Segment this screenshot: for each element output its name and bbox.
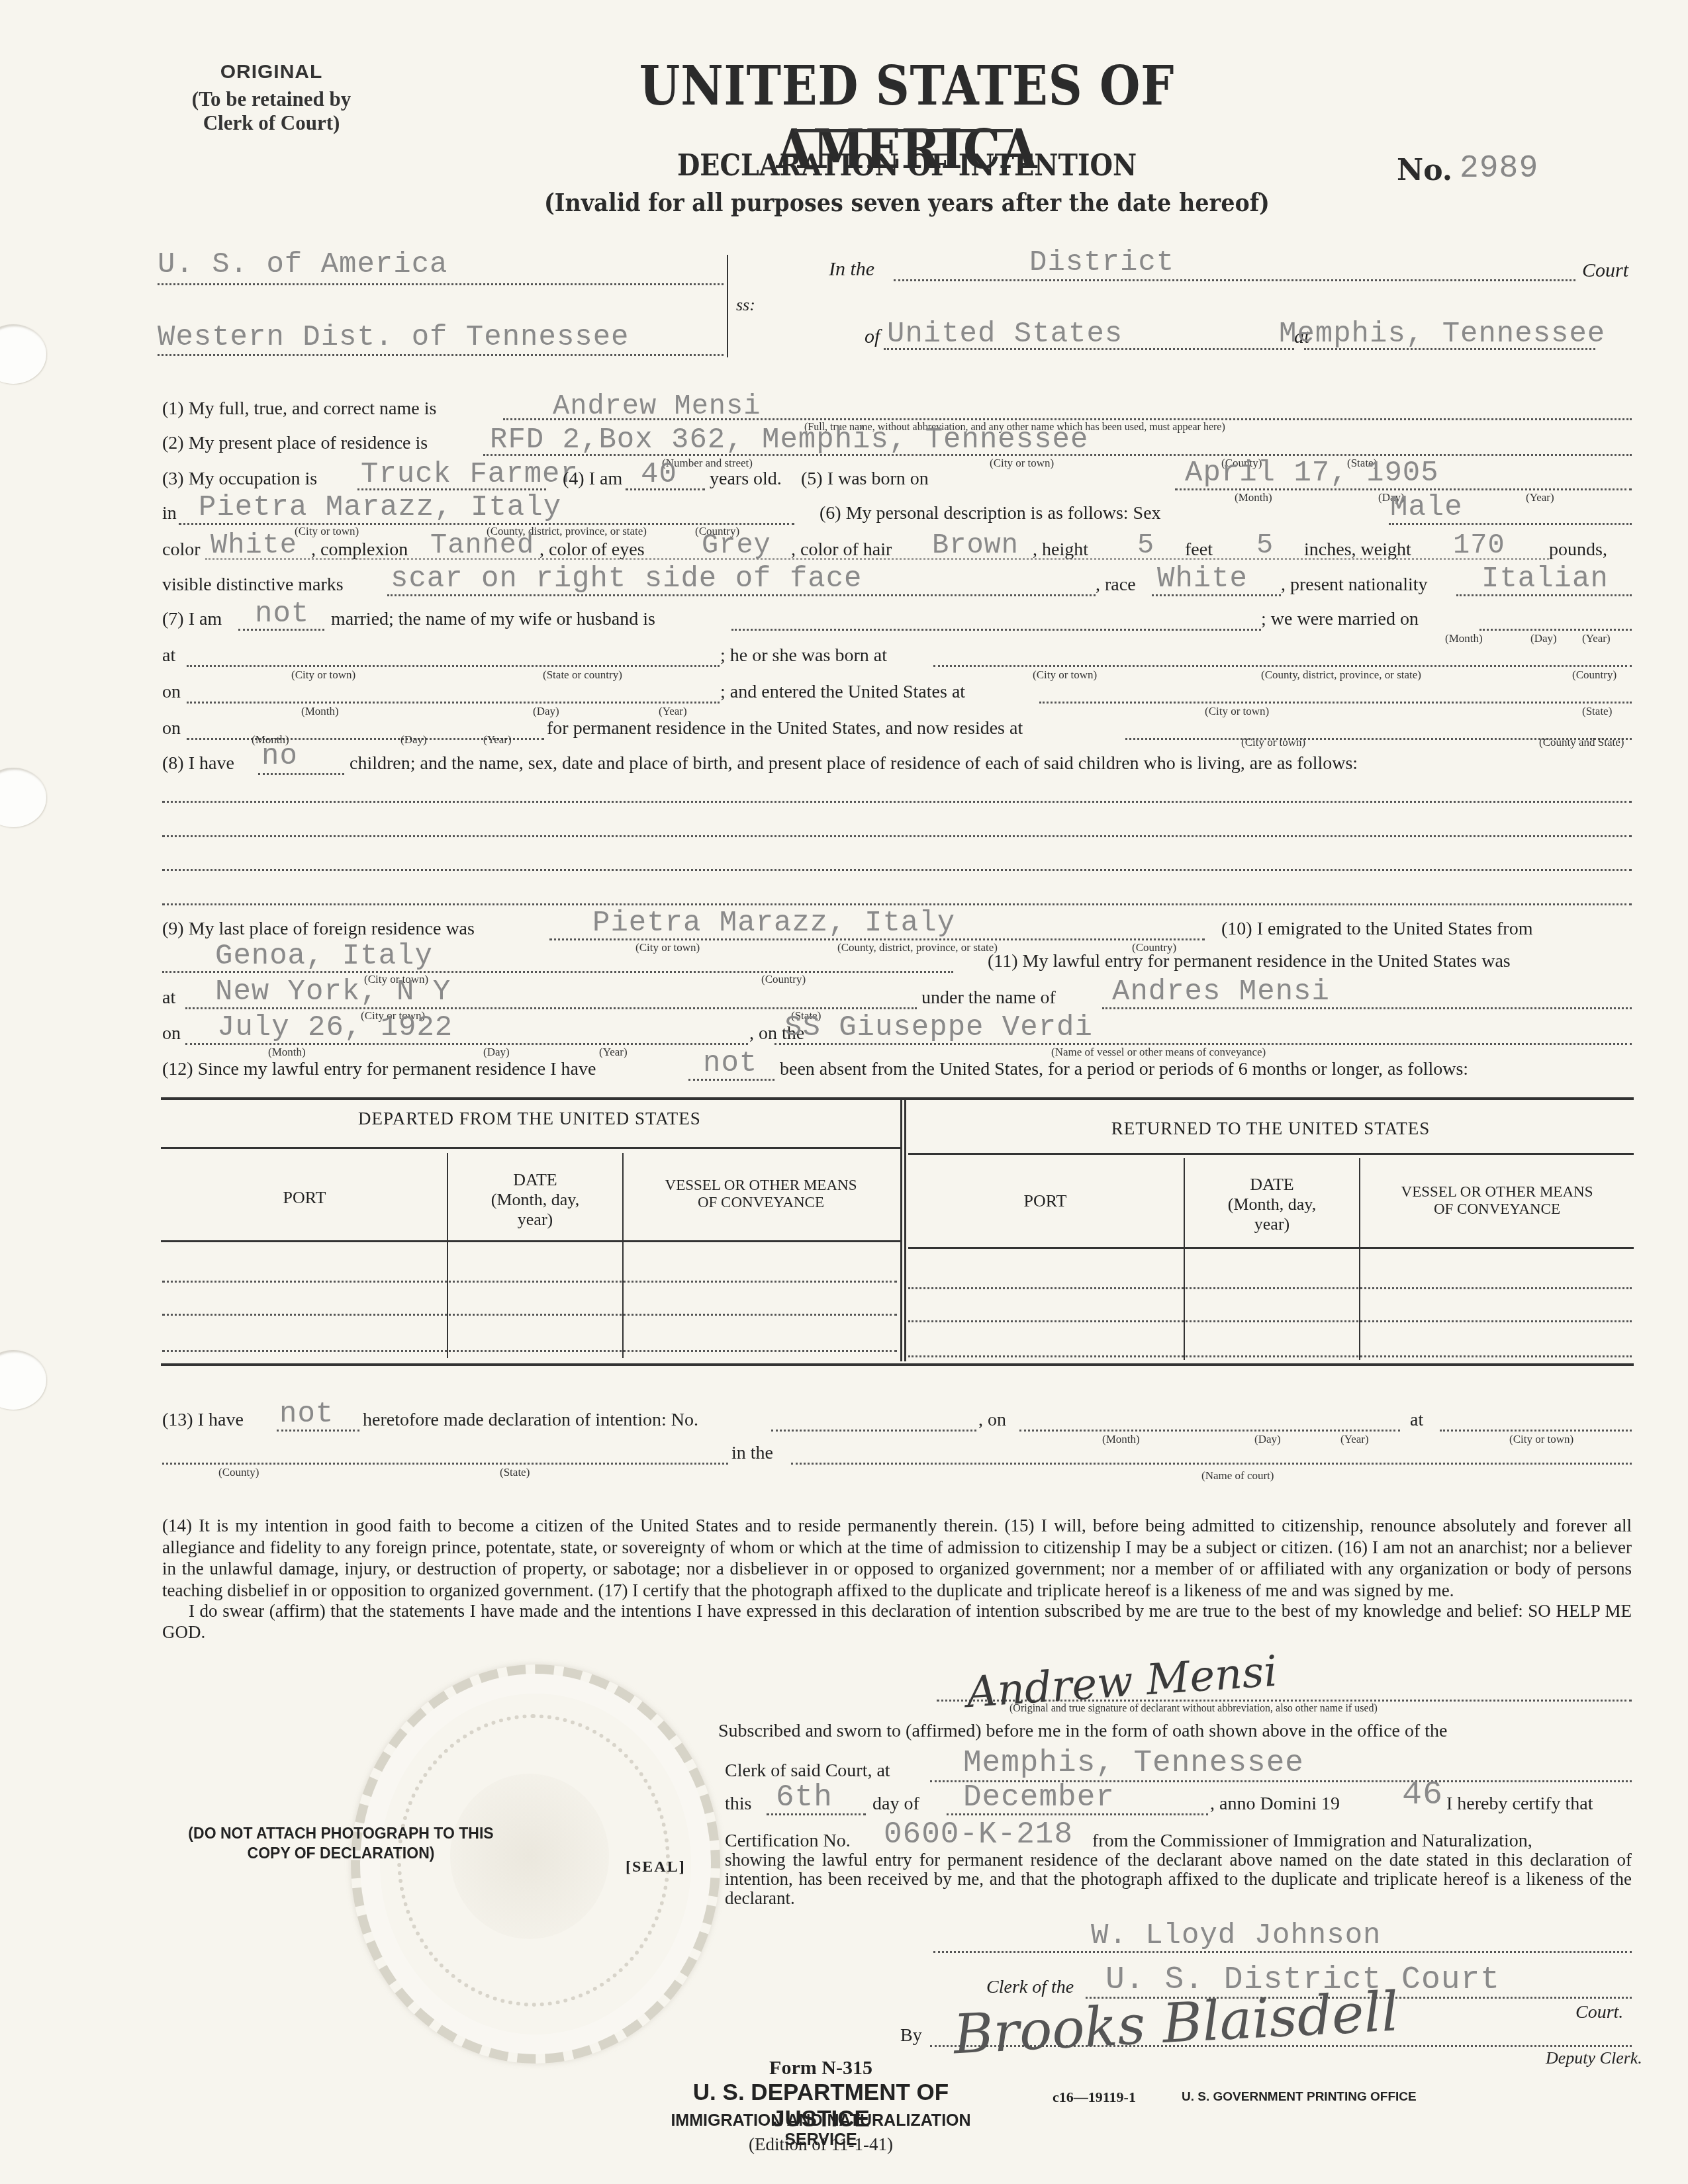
table-center-divider — [900, 1100, 902, 1361]
married-date-line — [1479, 629, 1632, 631]
caption-day: (Day) — [1530, 632, 1557, 645]
validity-note: (Invalid for all purposes seven years af… — [487, 187, 1326, 217]
col-header-rule — [908, 1247, 1634, 1249]
photo-note: (DO NOT ATTACH PHOTOGRAPH TO THIS COPY O… — [169, 1823, 513, 1863]
q13-at-label: at — [1410, 1410, 1423, 1431]
oath-swear: I do swear (affirm) that the statements … — [162, 1600, 1632, 1643]
binder-hole — [0, 1350, 46, 1410]
court-location: Memphis, Tennessee — [1279, 318, 1605, 351]
caption-day: (Day) — [533, 705, 559, 718]
edition: (Edition of 11-1-41) — [662, 2134, 980, 2155]
vessel-value: SS Giuseppe Verdi — [784, 1011, 1093, 1044]
marriage-place-line — [187, 665, 720, 667]
table-row — [908, 1355, 1632, 1357]
q7-at-label: at — [162, 645, 175, 666]
col-vessel-departed: VESSEL OR OTHER MEANS OF CONVEYANCE — [624, 1177, 898, 1212]
declaration-number: 2989 — [1460, 151, 1538, 187]
returned-header-rule — [908, 1153, 1634, 1155]
court-label: Court. — [1575, 2002, 1623, 2023]
caption-state: (State) — [500, 1466, 530, 1479]
court-of: United States — [887, 318, 1123, 351]
col-label: VESSEL OR OTHER MEANS — [1360, 1183, 1634, 1201]
race-value: White — [1157, 563, 1248, 596]
q7-on-label: on — [162, 682, 181, 703]
photo-note-line: (DO NOT ATTACH PHOTOGRAPH TO THIS — [169, 1823, 513, 1843]
day-value: 6th — [776, 1780, 833, 1815]
entry-name-value: Andres Mensi — [1112, 976, 1330, 1009]
caption-city: (City or town) — [635, 941, 700, 954]
col-label: (Month, day, — [1185, 1195, 1359, 1214]
q2-label: (2) My present place of residence is — [162, 433, 428, 454]
cert-text-1: from the Commissioner of Immigration and… — [1092, 1831, 1532, 1852]
caption-province: (County, district, province, or state) — [1261, 668, 1421, 682]
prior-date-line — [1019, 1430, 1400, 1432]
caption-city: (City or town) — [1241, 736, 1305, 749]
q13-on-label: , on — [978, 1410, 1006, 1431]
q7-label: (7) I am — [162, 609, 222, 630]
col-vessel-returned: VESSEL OR OTHER MEANS OF CONVEYANCE — [1360, 1183, 1634, 1218]
prior-county-state-line — [162, 1463, 728, 1465]
by-label: By — [900, 2025, 922, 2046]
eyes-value: Grey — [702, 529, 771, 561]
q11-at-label: at — [162, 987, 175, 1009]
col-date-returned: DATE (Month, day, year) — [1185, 1175, 1359, 1234]
hair-value: Brown — [932, 529, 1019, 561]
venue-district-line — [158, 354, 724, 356]
q3-label: (3) My occupation is — [162, 469, 317, 490]
clerk-at-value: Memphis, Tennessee — [963, 1746, 1304, 1780]
q13-text: heretofore made declaration of intention… — [363, 1410, 698, 1431]
seal-label: [SEAL] — [626, 1858, 686, 1876]
caption-month: (Month) — [1102, 1433, 1140, 1446]
caption-month: (Month) — [1235, 491, 1272, 504]
day-of-label: day of — [872, 1794, 919, 1815]
certify-label: I hereby certify that — [1446, 1794, 1593, 1815]
spouse-birthplace-line — [933, 665, 1632, 667]
table-row — [162, 1281, 897, 1283]
color-label: color — [162, 539, 201, 561]
col-label: PORT — [1024, 1191, 1067, 1210]
table-row — [162, 1314, 897, 1316]
q7-on2-label: on — [162, 718, 181, 739]
married-on-label: ; we were married on — [1261, 609, 1419, 630]
caption-city: (City or town) — [1509, 1433, 1573, 1446]
col-label: year) — [1185, 1214, 1359, 1234]
caption-year: (Year) — [483, 733, 512, 747]
col-label: PORT — [283, 1188, 326, 1207]
prior-court-line — [791, 1463, 1632, 1465]
col-label: DATE — [1185, 1175, 1359, 1195]
years-old-label: years old. — [710, 469, 782, 490]
prior-number-line — [771, 1430, 976, 1432]
declarant-signature-caption: (Original and true signature of declaran… — [1009, 1703, 1378, 1715]
color-value: White — [211, 529, 297, 561]
cert-label: Certification No. — [725, 1831, 851, 1852]
q11-label: (11) My lawful entry for permanent resid… — [988, 951, 1511, 972]
caption-day: (Day) — [483, 1046, 510, 1059]
caption-county-state: (County and State) — [1539, 736, 1624, 749]
court-type: District — [1029, 246, 1174, 279]
occupation-value: Truck Farmer — [361, 458, 579, 491]
table-bottom-border — [161, 1363, 1634, 1366]
children-row-line — [162, 801, 1632, 803]
age-value: 40 — [641, 458, 677, 491]
q13-in-the-label: in the — [731, 1443, 773, 1464]
caption-day: (Day) — [1254, 1433, 1281, 1446]
table-top-border — [161, 1097, 1634, 1100]
pounds-label: pounds, — [1549, 539, 1607, 561]
port-of-entry-value: New York, N Y — [215, 976, 451, 1009]
in-the-label: In the — [829, 258, 874, 281]
binder-hole — [0, 324, 46, 384]
retained-note-line: Clerk of Court) — [159, 111, 384, 135]
original-label: ORIGINAL — [199, 61, 344, 83]
absence-status-value: not — [703, 1047, 757, 1080]
caption-state-country: (State or country) — [543, 668, 622, 682]
caption-city: (City or town) — [1033, 668, 1097, 682]
declaration-page: ORIGINAL (To be retained by Clerk of Cou… — [0, 0, 1688, 2184]
children-row-line — [162, 869, 1632, 871]
q9-label: (9) My last place of foreign residence w… — [162, 919, 475, 940]
col-label: VESSEL OR OTHER MEANS — [624, 1177, 898, 1194]
height-feet-value: 5 — [1137, 529, 1154, 561]
birth-in-label: in — [162, 503, 177, 524]
height-inches-value: 5 — [1256, 529, 1274, 561]
binder-hole — [0, 768, 46, 827]
q8-label: (8) I have — [162, 753, 234, 774]
caption-year: (Year) — [1582, 632, 1611, 645]
number-label: No. — [1397, 154, 1452, 187]
children-line — [258, 773, 344, 775]
children-row-line — [162, 903, 1632, 905]
married-status-value: not — [255, 598, 309, 631]
caption-year: (Year) — [659, 705, 687, 718]
print-code: c16—19119-1 — [1053, 2089, 1136, 2106]
form-number: Form N-315 — [662, 2057, 980, 2079]
printer: U. S. GOVERNMENT PRINTING OFFICE — [1182, 2090, 1417, 2105]
caption-country: (Country) — [1572, 668, 1617, 682]
caption-year: (Year) — [599, 1046, 628, 1059]
deputy-clerk-label: Deputy Clerk. — [1546, 2048, 1642, 2068]
anno-label: , anno Domini 19 — [1210, 1794, 1340, 1815]
sex-value: Male — [1390, 491, 1463, 524]
description-line — [205, 558, 1549, 560]
nationality-label: , present nationality — [1281, 574, 1428, 596]
venue-brace — [727, 255, 728, 357]
foreign-residence-value: Pietra Marazz, Italy — [592, 907, 955, 940]
table-row — [908, 1287, 1632, 1289]
photo-note-line: COPY OF DECLARATION) — [169, 1843, 513, 1863]
this-label: this — [725, 1794, 751, 1815]
permanent-residence-label: for permanent residence in the United St… — [547, 718, 1023, 739]
retained-note: (To be retained by Clerk of Court) — [159, 87, 384, 135]
entry-date-value: July 26, 1922 — [217, 1011, 453, 1044]
q1-label: (1) My full, true, and correct name is — [162, 398, 436, 420]
court-type-line — [894, 279, 1575, 281]
caption-city: (City or town) — [1205, 705, 1269, 718]
q4-label: (4) I am — [563, 469, 622, 490]
nationality-value: Italian — [1481, 563, 1609, 596]
born-at-label: ; he or she was born at — [720, 645, 887, 666]
oath-text: (14) It is my intention in good faith to… — [162, 1515, 1632, 1602]
month-value: December — [963, 1780, 1115, 1815]
emigrated-from-value: Genoa, Italy — [215, 940, 433, 973]
col-label: OF CONVEYANCE — [1360, 1201, 1634, 1218]
q8-text: children; and the name, sex, date and pl… — [350, 753, 1358, 774]
caption-city: (City or town) — [295, 525, 359, 538]
table-center-divider — [904, 1100, 906, 1361]
full-name-value: Andrew Mensi — [553, 390, 761, 422]
court-label: Court — [1582, 259, 1628, 282]
clerk-of-label: Clerk of the — [986, 1977, 1074, 1998]
col-date-departed: DATE (Month, day, year) — [448, 1170, 622, 1230]
caption-year: (Year) — [1340, 1433, 1369, 1446]
spouse-birthdate-line — [187, 702, 720, 704]
venue-district: Western Dist. of Tennessee — [158, 321, 630, 354]
ss-label: ss: — [736, 295, 755, 315]
caption-month: (Month) — [268, 1046, 306, 1059]
caption-vessel: (Name of vessel or other means of convey… — [1051, 1046, 1266, 1059]
caption-province: (County, district, province, or state) — [837, 941, 998, 954]
form-subtitle: DECLARATION OF INTENTION — [567, 149, 1246, 183]
caption-city: (City or town) — [990, 457, 1054, 470]
caption-county: (County) — [218, 1466, 259, 1479]
cert-text-2: showing the lawful entry for permanent r… — [725, 1850, 1632, 1908]
children-value: no — [261, 740, 298, 773]
entered-label: ; and entered the United States at — [720, 682, 965, 703]
clerk-name: W. Lloyd Johnson — [1091, 1919, 1381, 1952]
venue-country: U. S. of America — [158, 248, 447, 281]
q12-label: (12) Since my lawful entry for permanent… — [162, 1059, 596, 1080]
caption-month: (Month) — [1445, 632, 1483, 645]
q5-label: (5) I was born on — [801, 469, 929, 490]
returned-header: RETURNED TO THE UNITED STATES — [908, 1118, 1633, 1139]
col-port-returned: PORT — [907, 1191, 1184, 1211]
complexion-value: Tanned — [430, 529, 534, 561]
birthplace-value: Pietra Marazz, Italy — [199, 491, 561, 524]
cert-value: 0600-K-218 — [884, 1817, 1073, 1852]
marks-label: visible distinctive marks — [162, 574, 344, 596]
spouse-entry-line — [1039, 702, 1632, 704]
q12-text: been absent from the United States, for … — [780, 1059, 1468, 1080]
weight-value: 170 — [1453, 529, 1505, 561]
marks-value: scar on right side of face — [391, 563, 863, 596]
race-label: , race — [1096, 574, 1136, 596]
caption-day: (Day) — [400, 733, 427, 747]
caption-court: (Name of court) — [1201, 1469, 1274, 1482]
children-row-line — [162, 835, 1632, 837]
col-label: OF CONVEYANCE — [624, 1194, 898, 1211]
caption-city: (City or town) — [291, 668, 355, 682]
table-row — [908, 1320, 1632, 1322]
q7-text: married; the name of my wife or husband … — [331, 609, 655, 630]
q10-label: (10) I emigrated to the United States fr… — [1221, 919, 1532, 940]
title-divider — [794, 129, 1013, 132]
venue-country-line — [158, 283, 724, 285]
col-port-departed: PORT — [162, 1188, 447, 1208]
spouse-name-line — [731, 629, 1261, 631]
birthdate-value: April 17, 1905 — [1185, 457, 1439, 490]
departed-header-rule — [161, 1147, 900, 1149]
jurat-line-1: Subscribed and sworn to (affirmed) befor… — [718, 1721, 1448, 1742]
q6-label: (6) My personal description is as follow… — [820, 503, 1161, 524]
col-header-rule — [161, 1240, 900, 1242]
prior-declaration-value: not — [279, 1398, 334, 1431]
caption-country: (Country) — [761, 973, 806, 986]
col-label: DATE — [448, 1170, 622, 1190]
col-label: (Month, day, — [448, 1190, 622, 1210]
q11-on-label: on — [162, 1023, 181, 1044]
prior-city-line — [1440, 1430, 1632, 1432]
clerk-at-label: Clerk of said Court, at — [725, 1760, 890, 1782]
caption-year: (Year) — [1526, 491, 1554, 504]
retained-note-line: (To be retained by — [159, 87, 384, 111]
caption-month: (Month) — [301, 705, 339, 718]
q13-label: (13) I have — [162, 1410, 244, 1431]
of-label: of — [865, 326, 880, 348]
residence-value: RFD 2,Box 362, Memphis, Tennessee — [490, 424, 1088, 457]
entry-name-label: under the name of — [921, 987, 1056, 1009]
year-value: 46 — [1402, 1776, 1443, 1814]
caption-state: (State) — [1582, 705, 1612, 718]
table-row — [162, 1350, 897, 1352]
departed-header: DEPARTED FROM THE UNITED STATES — [162, 1109, 897, 1129]
col-label: year) — [448, 1210, 622, 1230]
